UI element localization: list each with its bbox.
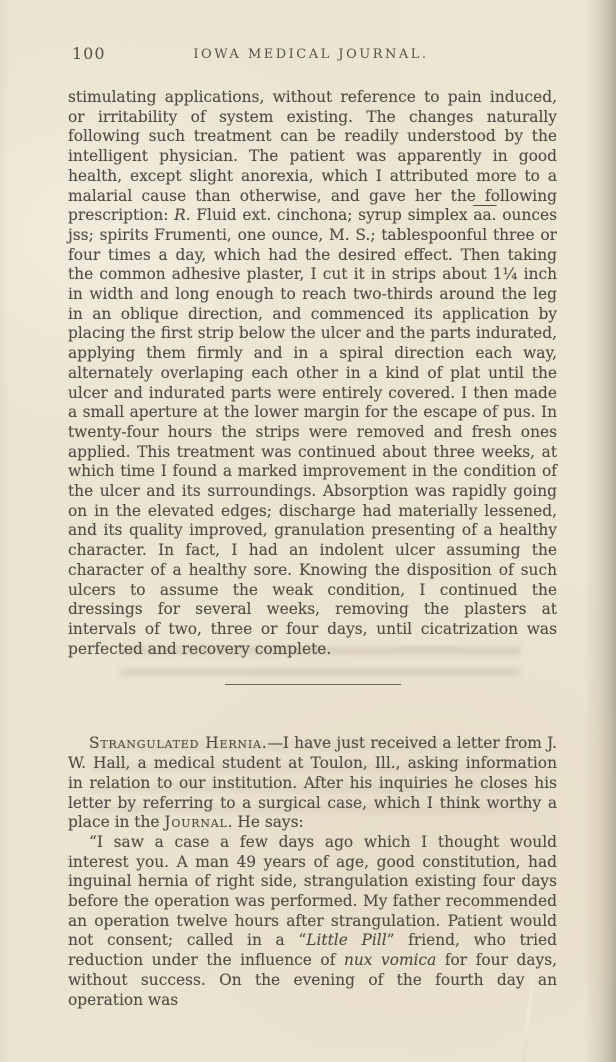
section-divider-rule xyxy=(225,684,401,685)
section-divider-wrap xyxy=(68,659,557,734)
paragraph-hernia-quote: “I saw a case a few days ago which I tho… xyxy=(68,833,557,1010)
running-head: 100 IOWA MEDICAL JOURNAL. xyxy=(68,44,554,66)
paragraph-ulcer-treatment: stimulating applications, without refere… xyxy=(68,88,557,659)
page-body: stimulating applications, without refere… xyxy=(68,88,557,1010)
scanned-journal-page: 100 IOWA MEDICAL JOURNAL. stimulating ap… xyxy=(0,0,616,1062)
paragraph-hernia-intro: Strangulated Hernia.—I have just receive… xyxy=(68,734,557,833)
journal-title: IOWA MEDICAL JOURNAL. xyxy=(68,47,554,62)
